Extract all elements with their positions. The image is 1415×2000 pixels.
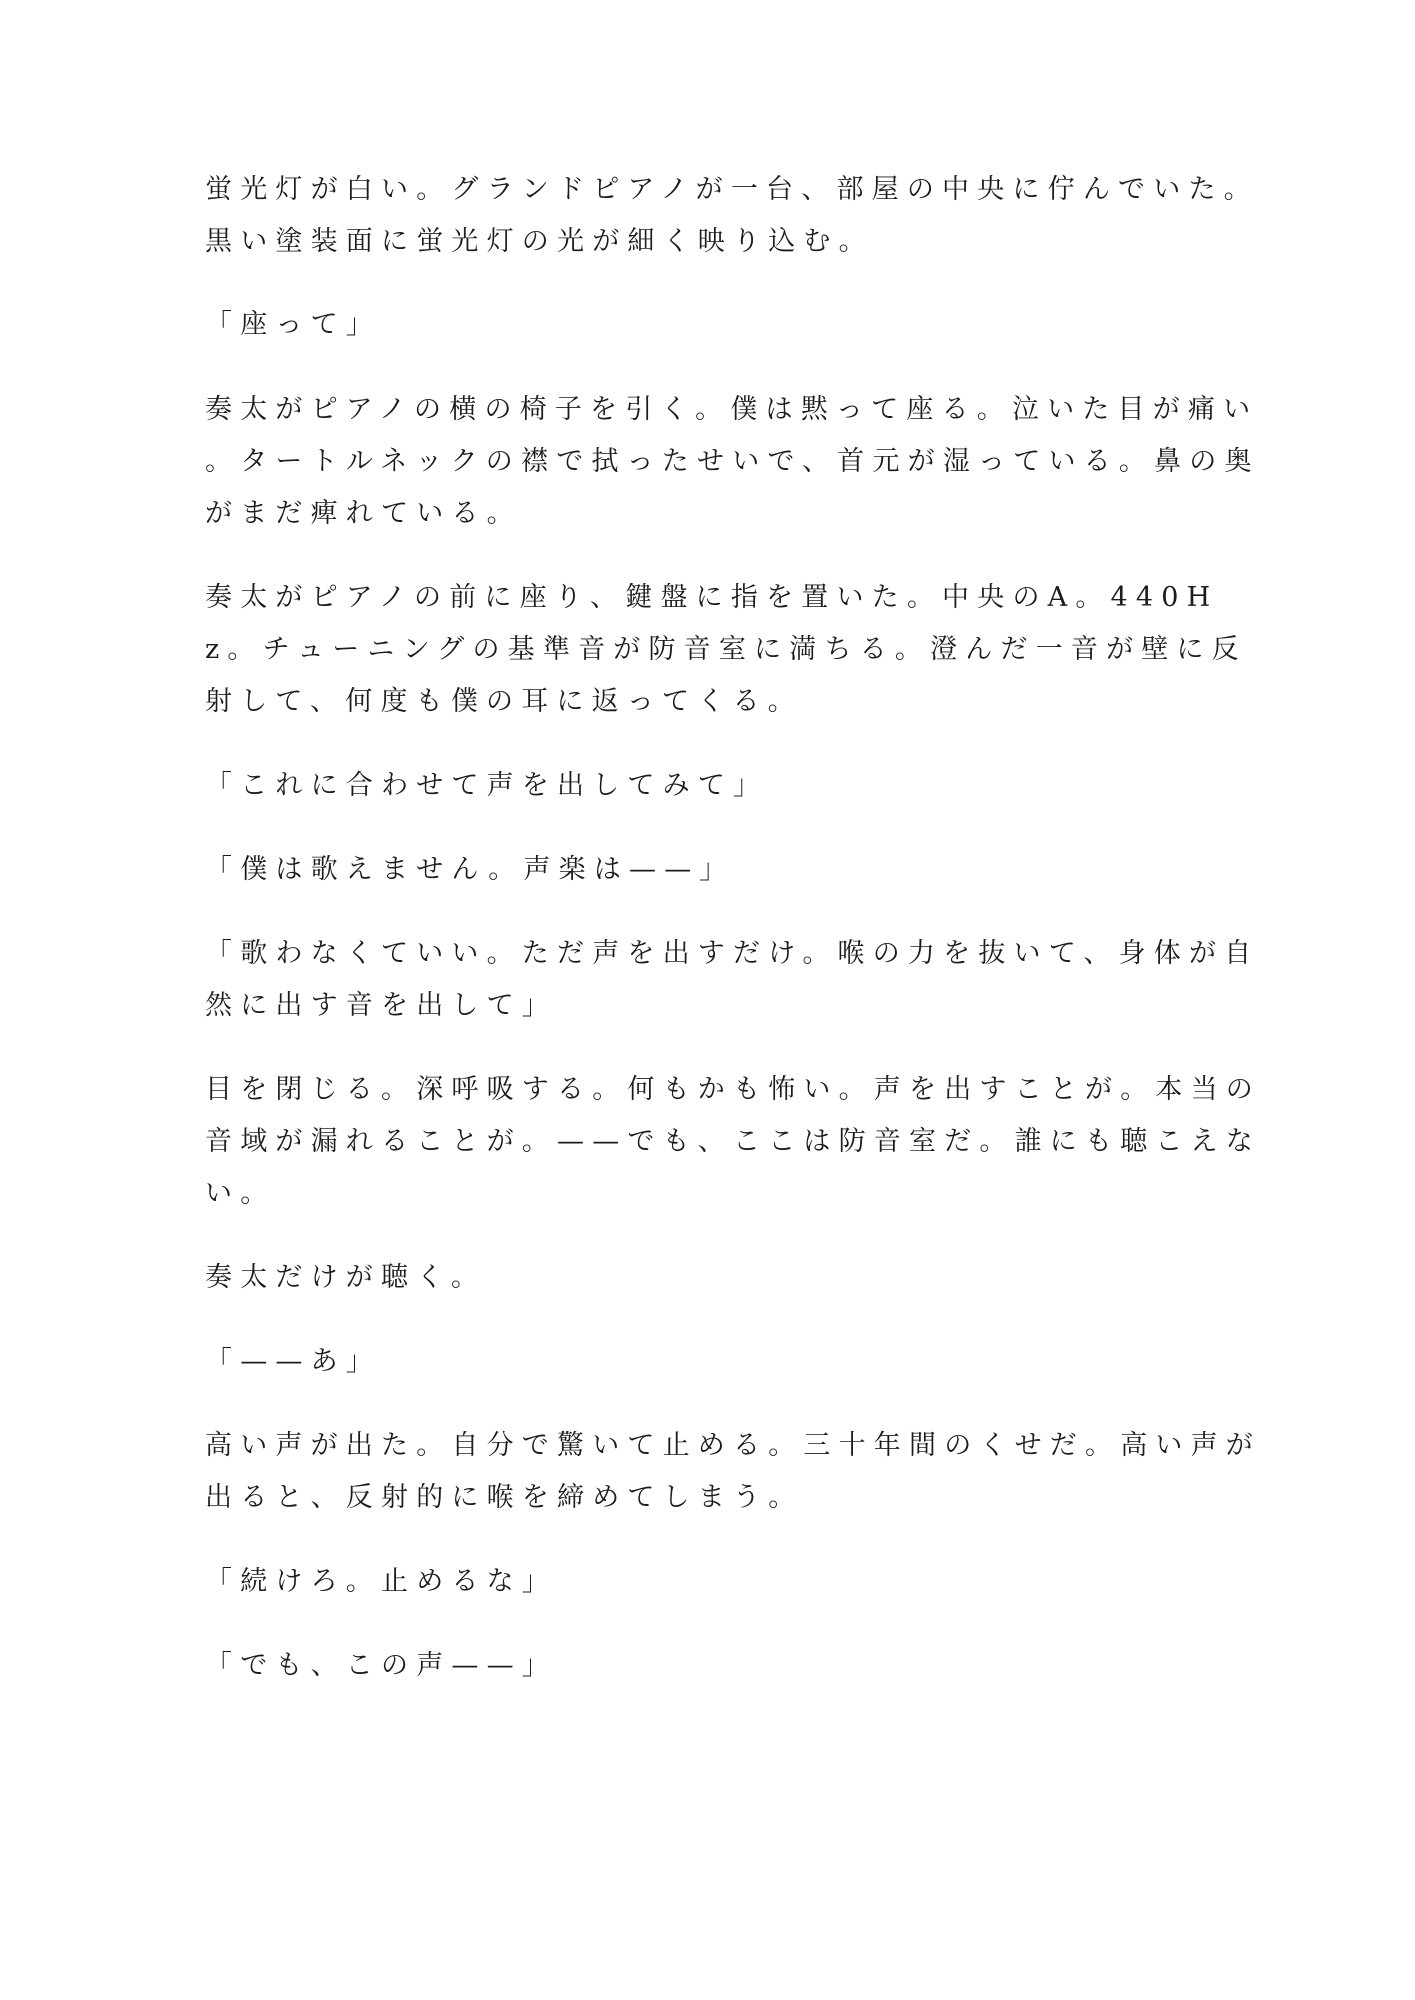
text-line: 高い声が出た。自分で驚いて止める。三十年間のくせだ。高い声が: [205, 1428, 1261, 1464]
text-line: 音域が漏れることが。——でも、ここは防音室だ。誰にも聴こえな: [205, 1124, 1261, 1160]
dialogue-line: 「これに合わせて声を出してみて」: [205, 768, 768, 804]
text-line: 目を閉じる。深呼吸する。何もかも怖い。声を出すことが。本当の: [205, 1072, 1261, 1108]
dialogue-line: 「座って」: [205, 307, 381, 343]
text-line: 奏太がピアノの横の椅子を引く。僕は黙って座る。泣いた目が痛い: [205, 392, 1258, 428]
text-line: 射して、何度も僕の耳に返ってくる。: [205, 684, 803, 720]
document-page: 蛍光灯が白い。グランドピアノが一台、部屋の中央に佇んでいた。 黒い塗装面に蛍光灯…: [0, 0, 1415, 2000]
text-line: がまだ痺れている。: [205, 496, 522, 532]
text-line: z。チューニングの基準音が防音室に満ちる。澄んだ一音が壁に反: [205, 632, 1247, 668]
dialogue-line: 然に出す音を出して」: [205, 988, 557, 1024]
text-line: 蛍光灯が白い。グランドピアノが一台、部屋の中央に佇んでいた。: [205, 172, 1259, 208]
text-line: い。: [205, 1176, 275, 1212]
dialogue-line: 「でも、この声——」: [205, 1648, 557, 1684]
text-line: 奏太がピアノの前に座り、鍵盤に指を置いた。中央のA。440H: [205, 580, 1218, 616]
text-line: 奏太だけが聴く。: [205, 1260, 486, 1296]
text-line: 出ると、反射的に喉を締めてしまう。: [205, 1480, 803, 1516]
text-line: 。タートルネックの襟で拭ったせいで、首元が湿っている。鼻の奥: [205, 444, 1260, 480]
text-line: 黒い塗装面に蛍光灯の光が細く映り込む。: [205, 224, 874, 260]
dialogue-line: 「——あ」: [205, 1344, 381, 1380]
dialogue-line: 「僕は歌えません。声楽は——」: [205, 852, 735, 888]
dialogue-line: 「続けろ。止めるな」: [205, 1564, 557, 1600]
dialogue-line: 「歌わなくていい。ただ声を出すだけ。喉の力を抜いて、身体が自: [205, 936, 1259, 972]
